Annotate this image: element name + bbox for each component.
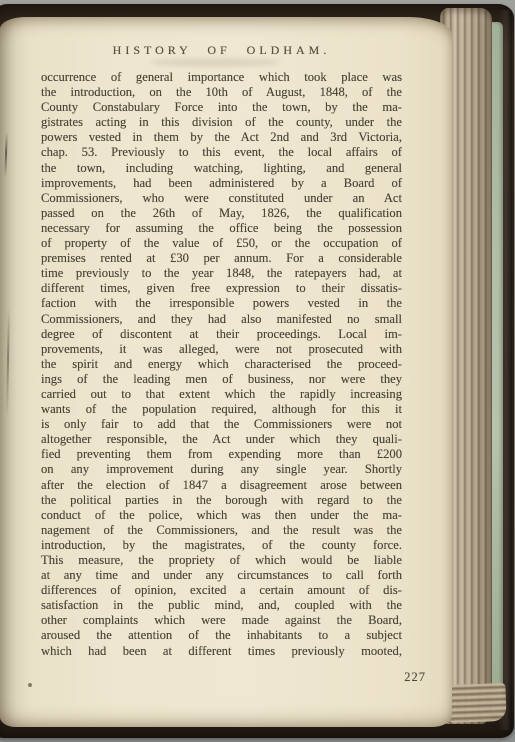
show-through-smudge <box>150 58 280 67</box>
text-line: faction with the irresponsible powers ve… <box>41 296 402 311</box>
text-line: at any time and under any circumstances … <box>41 568 402 583</box>
text-line: wants of the population required, althou… <box>41 402 402 417</box>
spine-crease-mark <box>4 132 8 178</box>
page-number: 227 <box>41 670 426 685</box>
text-line: other complaints which were made against… <box>41 613 402 628</box>
text-line: improvements, had been administered by a… <box>41 176 402 191</box>
text-line: degree of discontent at their proceeding… <box>41 327 402 342</box>
text-line: carried out to that extent which the rap… <box>41 387 402 402</box>
text-line: nagement of the Commissioners, and the r… <box>41 523 402 538</box>
text-line: gistrates acting in this division of the… <box>41 115 402 130</box>
body-text: occurrence of general importance which t… <box>41 70 402 659</box>
text-line: chap. 53. Previously to this event, the … <box>41 145 402 160</box>
text-line: is only fair to add that the Commissione… <box>41 417 402 432</box>
text-line: after the election of 1847 a disagreemen… <box>41 478 402 493</box>
text-line: aroused the attention of the inhabitants… <box>41 628 402 643</box>
text-line: time previously to the year 1848, the ra… <box>41 266 402 281</box>
spine-crease-mark <box>6 307 10 417</box>
book-page: HISTORY OF OLDHAM. occurrence of general… <box>0 17 452 727</box>
text-line: Commissioners, who were constituted unde… <box>41 191 402 206</box>
text-line: which had been at different times previo… <box>41 644 402 659</box>
text-line: of property of the value of £50, or the … <box>41 236 402 251</box>
text-line: occurrence of general importance which t… <box>41 70 402 85</box>
page-stack-corner <box>445 683 506 723</box>
running-header: HISTORY OF OLDHAM. <box>41 43 402 58</box>
text-line: the political parties in the borough wit… <box>41 493 402 508</box>
text-line: powers vested in them by the Act 2nd and… <box>41 130 402 145</box>
book-photo: HISTORY OF OLDHAM. occurrence of general… <box>0 0 515 742</box>
text-line: passed on the 26th of May, 1826, the qua… <box>41 206 402 221</box>
text-line: premises rented at £30 per annum. For a … <box>41 251 402 266</box>
text-line: differences of opinion, excited a certai… <box>41 583 402 598</box>
text-line: satisfaction in the public mind, and, co… <box>41 598 402 613</box>
text-line: conduct of the police, which was then un… <box>41 508 402 523</box>
text-line: provements, it was alleged, were not pro… <box>41 342 402 357</box>
text-line: the town, including watching, lighting, … <box>41 161 402 176</box>
text-line: County Constabulary Force into the town,… <box>41 100 402 115</box>
text-line: altogether responsible, the Act under wh… <box>41 432 402 447</box>
text-line: on any improvement during any single yea… <box>41 462 402 477</box>
text-line: This measure, the propriety of which wou… <box>41 553 402 568</box>
text-line: introduction, by the magistrates, of the… <box>41 538 402 553</box>
text-line: the introduction, on the 10th of August,… <box>41 85 402 100</box>
text-line: Commissioners, and they had also manifes… <box>41 312 402 327</box>
text-line: ings of the leading men of business, nor… <box>41 372 402 387</box>
text-line: the spirit and energy which characterise… <box>41 357 402 372</box>
text-line: fied preventing them from expending more… <box>41 447 402 462</box>
ink-speck <box>28 683 32 687</box>
text-line: different times, given free expression t… <box>41 281 402 296</box>
text-line: necessary for assuming the office being … <box>41 221 402 236</box>
